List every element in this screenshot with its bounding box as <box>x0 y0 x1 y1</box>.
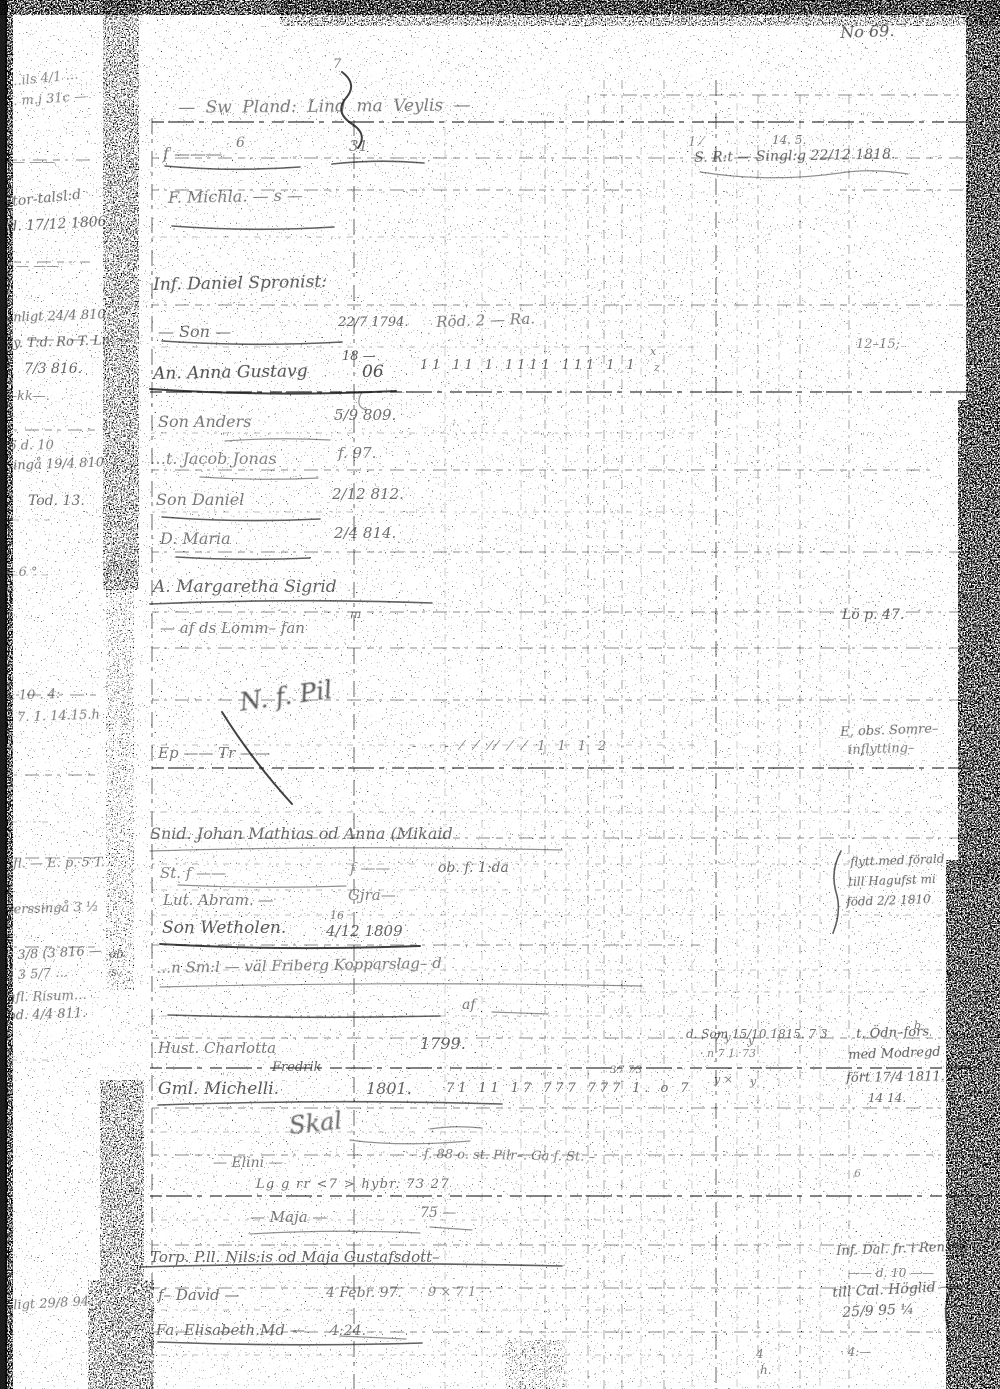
entry-name: f ——— <box>163 146 222 162</box>
entry-name: f– David — <box>158 1288 239 1303</box>
margin-note: S. R:t — Singl:g 22/12 1818. <box>694 147 896 165</box>
entry-name: af <box>462 998 476 1012</box>
margin-note: — —— <box>16 260 59 273</box>
entry-column-mark: z <box>654 362 660 373</box>
entry-date: 5/9 809. <box>334 408 396 423</box>
entry-superscript: 16 <box>330 910 344 921</box>
entry-date: 06 <box>362 364 384 381</box>
margin-note: …y. T:d. Ro T. Ln. <box>0 334 114 351</box>
column-mark: 4 <box>756 1348 764 1360</box>
entry-name: Son Wetholen. <box>162 920 286 937</box>
entry-cell-value: f —— <box>350 861 390 876</box>
column-mark: h. <box>760 1364 772 1376</box>
margin-note: 25/9 95 ¼ <box>842 1302 914 1320</box>
entry-number: 6 <box>236 136 245 150</box>
margin-note: …fl. — E. p. 5 T. <box>0 856 105 871</box>
column-mark: 7 y <box>714 1032 731 1043</box>
entry-note: Gjra— <box>348 888 396 903</box>
entry-column-mark: x <box>650 346 656 357</box>
entry-name: — Maja — <box>250 1210 327 1225</box>
margin-note-stray-mark: 6 <box>854 1168 861 1179</box>
margin-note: 7/3 816. <box>24 362 82 376</box>
entry-name: — Son — <box>158 324 231 340</box>
entry-note: f. 88 o. st. Pilr–. Ga f. St. – <box>424 1148 595 1164</box>
heading-title-fragment: — Sw Pland: Lind ma Veylis — <box>178 97 471 117</box>
entry-name: Son Daniel <box>156 492 244 508</box>
entry-gutter-mark: ob <box>109 948 124 960</box>
interline-note: Fredrik <box>272 1061 322 1074</box>
entry-name: …t. Jacob Jonas <box>150 451 277 467</box>
margin-note: L. 7. 1. 14.15.h <box>0 709 100 725</box>
ruled-grid-and-strokes <box>0 0 1000 1389</box>
entry-name: D. Maria <box>160 531 231 547</box>
entry-name: Fa. Elisabeth.Md — <box>156 1323 305 1338</box>
column-mark: y × <box>714 1074 733 1085</box>
entry-mark: 1 ⁄ <box>688 136 703 149</box>
entry-superscript: m <box>350 608 361 620</box>
entry-date: 2/4 814. <box>334 526 396 541</box>
entry-marks: Lg g rr <7 > hybr. 73 27 <box>256 1178 450 1191</box>
entry-name: F. Michla. — s — <box>168 188 303 206</box>
margin-note: till Hagufst mi <box>848 873 936 888</box>
margin-note: Tod. 13. <box>28 494 85 508</box>
entry-name: Snid. Johan Mathias od Anna (Mikaid <box>150 826 453 842</box>
margin-note: 14 14. <box>868 1092 906 1104</box>
margin-note: …ingå 19/4 810 <box>0 456 104 473</box>
margin-note: flytt med förald <box>850 853 945 868</box>
margin-note: Vierssingå 3 ½ <box>0 901 99 917</box>
margin-note: Tod. 4/4 811. <box>0 1007 86 1023</box>
margin-note: med Modregd <box>848 1046 941 1062</box>
entry-note: ob. f. 1:da <box>438 861 509 875</box>
scanned-register-page: No 69. 7 — Sw Pland: Lind ma Veylis — …i… <box>0 0 1000 1389</box>
margin-note-superscript: 14. 5. <box>772 134 806 146</box>
entry-marks: 9 × 7 1 · · <box>428 1286 493 1299</box>
entry-name: Son Anders <box>158 414 251 430</box>
entry-date: f. 97. <box>338 446 376 461</box>
margin-note: — —— <box>12 156 55 169</box>
entry-name: St. f —— <box>160 866 226 881</box>
entry-date: 4/12 1809 <box>326 924 403 939</box>
entry-cell-value: · n 7 1. 73 <box>700 1048 756 1059</box>
margin-note: —— d. 10 —— <box>848 1267 934 1279</box>
entry-marks: 71 11 17 777 777 1. o 7 <box>446 1082 692 1095</box>
entry-date: 22/7 1794. <box>338 316 409 329</box>
entry-date: 4:24. <box>330 1324 366 1338</box>
margin-note: 36 d. 10 <box>0 439 54 453</box>
entry-flourish: Skal <box>288 1108 343 1137</box>
margin-note: E, obs. Somre– <box>840 723 939 739</box>
margin-note: t. Ödn–fors <box>856 1025 929 1041</box>
margin-note: —kk—. <box>4 390 50 403</box>
entry-cell-value: d. Som 15/10 1815. 7 3 <box>686 1028 828 1040</box>
entry-cell-value: 31 <box>349 139 368 154</box>
entry-superscript: 3⁄7 7⁄3 <box>610 1066 642 1076</box>
entry-date: 1801. <box>366 1081 412 1097</box>
entry-gutter-mark: s. <box>111 966 121 978</box>
entry-marks: 11 11 1 1111 111 1 1 <box>420 359 639 372</box>
entry-marks: : · : · <box>452 415 504 427</box>
entry-date: 75 — <box>420 1206 456 1220</box>
entry-name: Hust. Charlotta <box>158 1041 276 1056</box>
entry-name: Gml. Michelli. <box>158 1081 279 1098</box>
margin-note: p. 10 . 4: <box>2 688 61 703</box>
margin-note: Tafl. Risum… <box>0 989 87 1005</box>
entry-name: Torp. P.ll. Nils:is od Maja Gustafsdott– <box>150 1250 440 1265</box>
entry-name: Ep —— Tr —— <box>158 746 270 761</box>
margin-note: fört 17/4 1811. <box>846 1070 945 1085</box>
column-mark: y <box>750 1076 756 1087</box>
entry-name: Lut. Abram. — <box>163 893 274 908</box>
entry-name: Inf. Daniel Spronist: <box>153 274 327 294</box>
entry-name: — af ds Lomm– fan <box>160 621 305 636</box>
margin-note: Lö p. 47. <box>842 608 904 622</box>
margin-note: p. 6 ° <box>2 566 38 579</box>
margin-note: · 4:— <box>840 1346 871 1358</box>
scan-noise <box>0 0 1000 1389</box>
margin-note: …nligt 24/4 810. <box>0 308 110 325</box>
column-mark: y <box>748 1035 754 1046</box>
margin-note: född 2/2 1810 <box>846 893 931 908</box>
entry-marks: - · - ⁄ ⁄ ⁄⁄ ⁄ ⁄ 1 1 1 2 <box>412 740 610 753</box>
margin-note: inflytting– <box>848 742 915 757</box>
entry-date: 1799. <box>420 1036 466 1052</box>
heading-mark: 7 <box>333 58 341 71</box>
entry-name: — Elini — <box>213 1156 283 1170</box>
margin-note: 12–15; <box>856 338 900 351</box>
entry-date: 4 Febr. 97. <box>326 1286 402 1300</box>
page-number: No 69. <box>840 23 895 41</box>
margin-note: 2) 3 5/7 … <box>0 966 69 983</box>
entry-name: A. Margaretha Sigrid <box>153 579 337 596</box>
entry-name: An. Anna Gustavg <box>153 363 308 383</box>
entry-date: 2/12 812. <box>332 487 404 502</box>
entry-note: Röd. 2 — Ra. <box>436 312 535 330</box>
